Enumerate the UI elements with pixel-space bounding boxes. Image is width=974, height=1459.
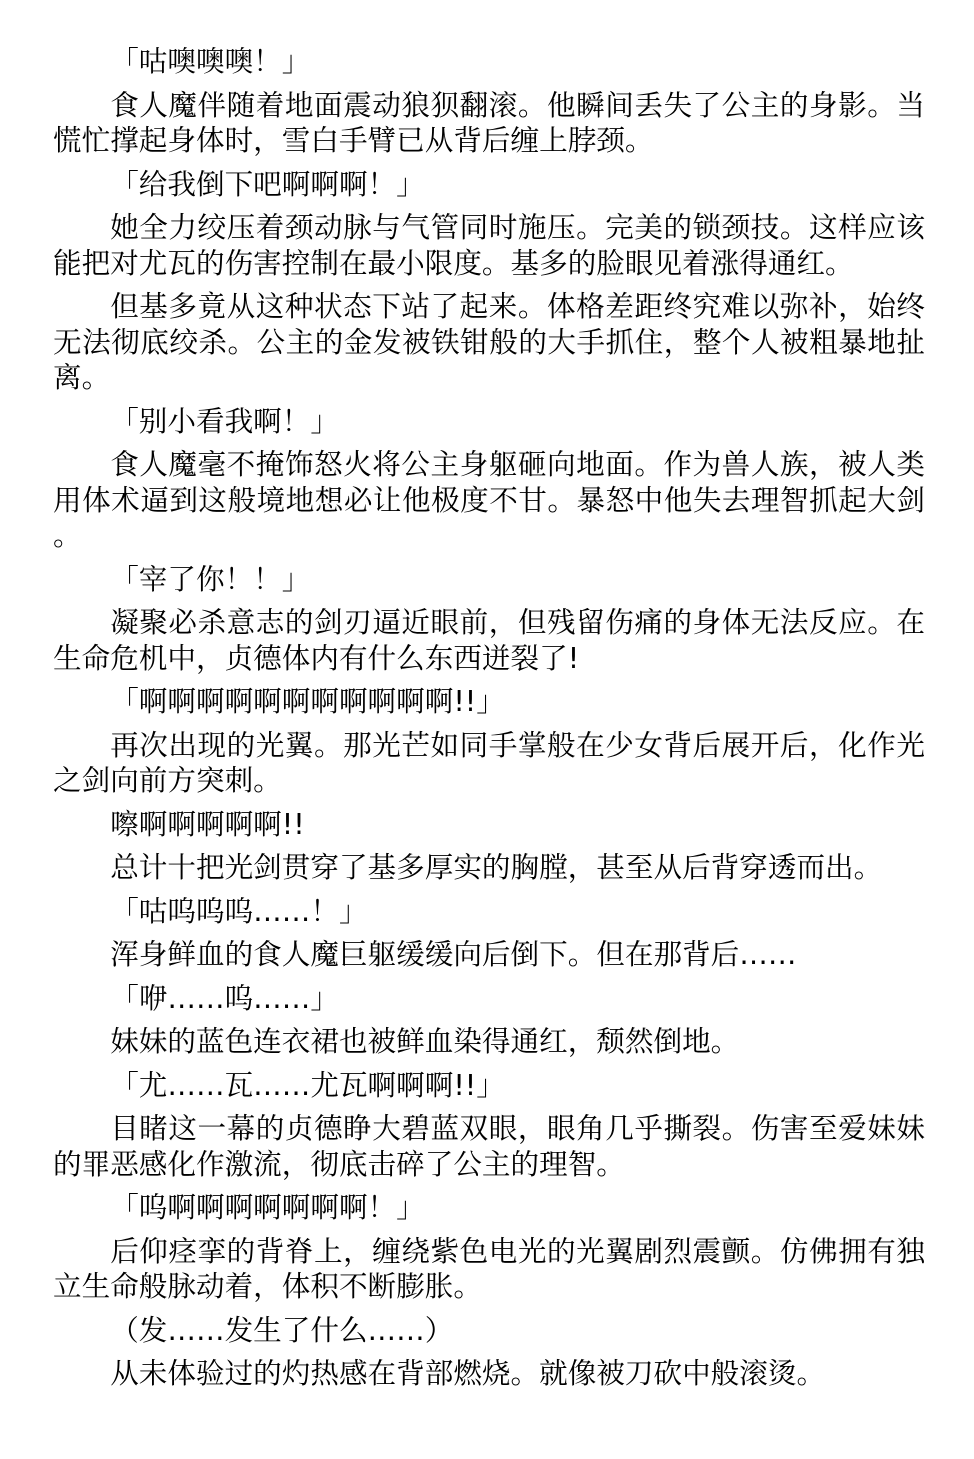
dialogue-line: 「咿……呜……」 bbox=[53, 981, 925, 1017]
dialogue-line: 「咕呜呜呜……！」 bbox=[53, 894, 925, 930]
narration-paragraph: 但基多竟从这种状态下站了起来。体格差距终究难以弥补，始终无法彻底绞杀。公主的金发… bbox=[53, 289, 925, 396]
dialogue-line: 「宰了你！！」 bbox=[53, 562, 925, 598]
sound-effect-line: 嚓啊啊啊啊啊!! bbox=[53, 807, 925, 843]
dialogue-line: 「啊啊啊啊啊啊啊啊啊啊啊!!」 bbox=[53, 684, 925, 720]
dialogue-line: 「尤……瓦……尤瓦啊啊啊!!」 bbox=[53, 1068, 925, 1104]
dialogue-line: 「呜啊啊啊啊啊啊啊！」 bbox=[53, 1190, 925, 1226]
dialogue-line: 「给我倒下吧啊啊啊！」 bbox=[53, 167, 925, 203]
narration-paragraph: 浑身鲜血的食人魔巨躯缓缓向后倒下。但在那背后…… bbox=[53, 937, 925, 973]
narration-paragraph: 再次出现的光翼。那光芒如同手掌般在少女背后展开后，化作光之剑向前方突刺。 bbox=[53, 728, 925, 799]
narration-paragraph: 她全力绞压着颈动脉与气管同时施压。完美的锁颈技。这样应该能把对尤瓦的伤害控制在最… bbox=[53, 210, 925, 281]
inner-thought-line: （发……发生了什么……） bbox=[53, 1313, 925, 1349]
narration-paragraph: 从未体验过的灼热感在背部燃烧。就像被刀砍中般滚烫。 bbox=[53, 1356, 925, 1392]
narration-paragraph: 妹妹的蓝色连衣裙也被鲜血染得通红，颓然倒地。 bbox=[53, 1024, 925, 1060]
narration-paragraph: 食人魔毫不掩饰怒火将公主身躯砸向地面。作为兽人族，被人类用体术逼到这般境地想必让… bbox=[53, 447, 925, 554]
narration-paragraph: 凝聚必杀意志的剑刃逼近眼前，但残留伤痛的身体无法反应。在生命危机中，贞德体内有什… bbox=[53, 605, 925, 676]
narration-paragraph: 目睹这一幕的贞德睁大碧蓝双眼，眼角几乎撕裂。伤害至爱妹妹的罪恶感化作激流，彻底击… bbox=[53, 1111, 925, 1182]
dialogue-line: 「咕噢噢噢！」 bbox=[53, 44, 925, 80]
document-page: 「咕噢噢噢！」 食人魔伴随着地面震动狼狈翻滚。他瞬间丢失了公主的身影。当慌忙撑起… bbox=[53, 44, 925, 1400]
narration-paragraph: 食人魔伴随着地面震动狼狈翻滚。他瞬间丢失了公主的身影。当慌忙撑起身体时，雪白手臂… bbox=[53, 88, 925, 159]
narration-paragraph: 后仰痉挛的背脊上，缠绕紫色电光的光翼剧烈震颤。仿佛拥有独立生命般脉动着，体积不断… bbox=[53, 1234, 925, 1305]
narration-paragraph: 总计十把光剑贯穿了基多厚实的胸膛，甚至从后背穿透而出。 bbox=[53, 850, 925, 886]
dialogue-line: 「别小看我啊！」 bbox=[53, 404, 925, 440]
